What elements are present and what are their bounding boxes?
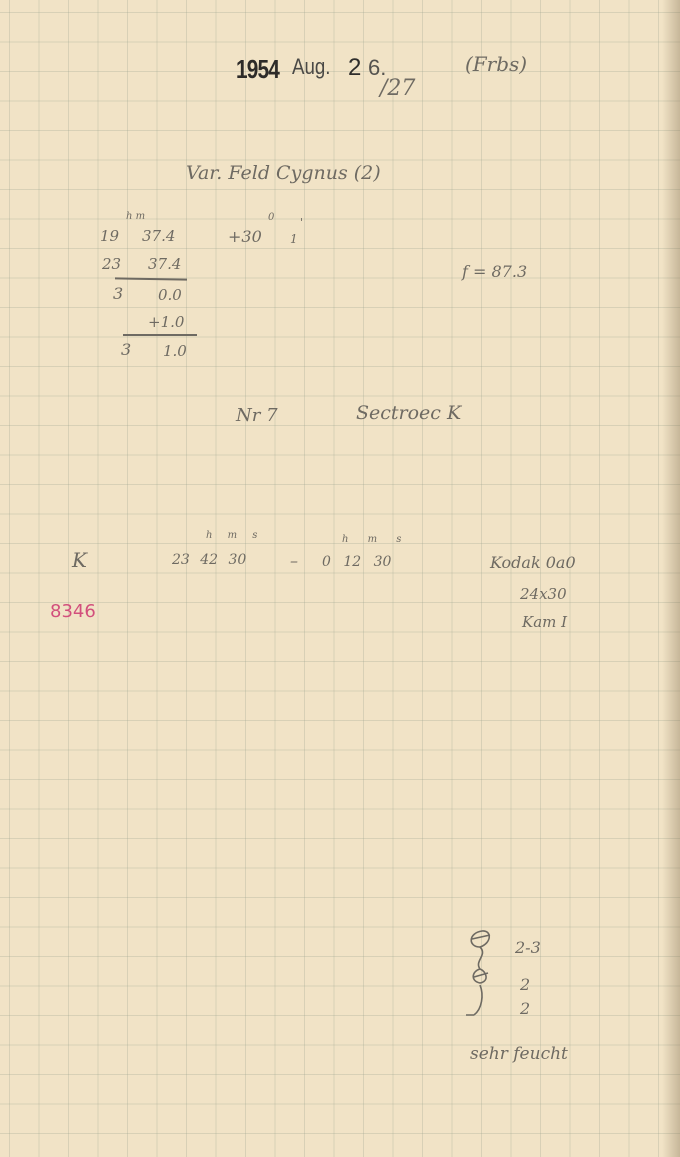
row5-hours: 3 <box>121 340 131 359</box>
exposure-end-superscript: h m s <box>342 534 409 545</box>
row2-hours: 23 <box>102 255 121 273</box>
sum-rule-1 <box>115 277 187 280</box>
focal-length-note: f = 87.3 <box>462 262 527 281</box>
stamp-year: 1954 <box>236 54 279 85</box>
plate-emulsion: Kodak 0a0 <box>490 553 576 572</box>
exposure-start-superscript: h m s <box>206 530 263 541</box>
declination-minute-sign: ' <box>300 216 303 229</box>
stamp-day-1: 2 <box>348 54 361 82</box>
declination-minutes: 1 <box>290 232 298 246</box>
exposure-end: 0 12 30 <box>322 554 391 570</box>
field-title: Var. Feld Cygnus (2) <box>186 162 381 184</box>
plate-number: Nr 7 <box>236 405 278 426</box>
conditions-symbols-icon <box>462 925 502 1025</box>
exposure-marker: K <box>72 548 87 572</box>
stamp-month: Aug. <box>292 54 330 80</box>
observer-note: (Frbs) <box>465 52 527 76</box>
row1-superscript: h m <box>126 211 145 222</box>
camera-label: Kam I <box>522 613 567 631</box>
date-stamp: 1954 Aug. 2 6. <box>236 54 290 85</box>
notebook-page: 1954 Aug. 2 6. /27 (Frbs) Var. Feld Cygn… <box>0 0 680 1157</box>
row4-value: +1.0 <box>148 313 184 331</box>
declination-degree-sign: 0 <box>268 212 274 223</box>
sum-rule-2 <box>123 334 197 336</box>
row1-value: 37.4 <box>142 227 175 245</box>
catalog-number: 8346 <box>50 601 96 622</box>
transparency-value: 2 <box>520 975 530 994</box>
seeing-value: 2-3 <box>515 938 541 957</box>
row5-value: 1.0 <box>163 342 187 360</box>
row3-value: 0.0 <box>158 286 182 304</box>
plate-label: Sectroec K <box>356 402 461 424</box>
row2-value: 37.4 <box>148 255 181 273</box>
row3-hours: 3 <box>113 284 123 303</box>
humidity-remark: sehr feucht <box>470 1044 568 1064</box>
declination: +30 <box>228 227 262 246</box>
row1-hours: 19 <box>100 227 119 245</box>
exposure-start: 23 42 30 <box>172 552 246 568</box>
sky-value: 2 <box>520 999 530 1018</box>
date-suffix: /27 <box>380 76 415 101</box>
exposure-separator: – <box>290 551 298 570</box>
plate-size: 24x30 <box>520 585 567 603</box>
